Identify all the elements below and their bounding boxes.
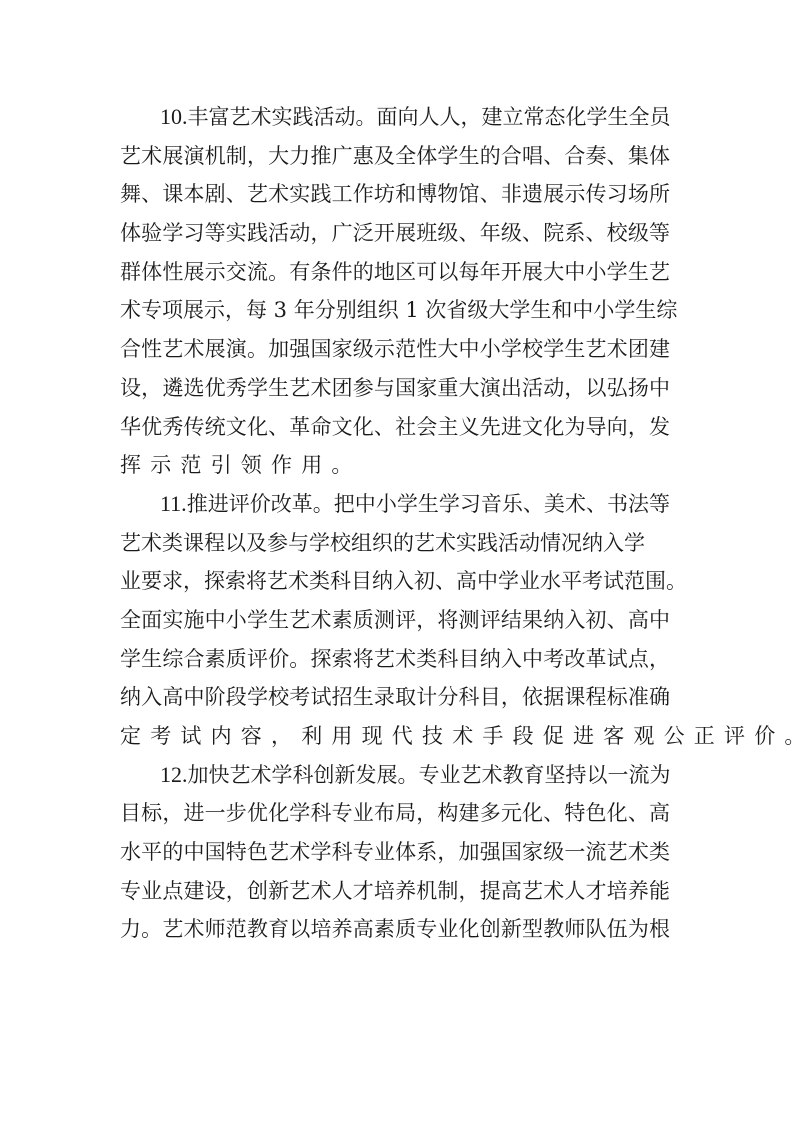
text-line: 专业点建设，创新艺术人才培养机制，提高艺术人才培养能 — [120, 872, 670, 911]
text-line: 设，遴选优秀学生艺术团参与国家重大演出活动，以弘扬中 — [120, 369, 670, 408]
text-line: 业要求，探索将艺术类科目纳入初、高中学业水平考试范围。 — [120, 562, 670, 601]
paragraph-first-line: 11.推进评价改革。把中小学生学习音乐、美术、书法等 — [120, 485, 670, 524]
text-line: 艺术类课程以及参与学校组织的艺术实践活动情况纳入学 — [120, 524, 640, 563]
document-body: 10.丰富艺术实践活动。面向人人，建立常态化学生全员 艺术展演机制，大力推广惠及… — [120, 98, 670, 949]
text-line: 水平的中国特色艺术学科专业体系，加强国家级一流艺术类 — [120, 833, 670, 872]
paragraph-11: 11.推进评价改革。把中小学生学习音乐、美术、书法等 艺术类课程以及参与学校组织… — [120, 485, 670, 756]
text-line: 纳入高中阶段学校考试招生录取计分科目，依据课程标准确 — [120, 678, 670, 717]
item-number: 12. — [160, 762, 188, 787]
text-line: 艺术展演机制，大力推广惠及全体学生的合唱、合奏、集体 — [120, 137, 670, 176]
text-line: 体验学习等实践活动，广泛开展班级、年级、院系、校级等 — [120, 214, 670, 253]
document-page: 10.丰富艺术实践活动。面向人人，建立常态化学生全员 艺术展演机制，大力推广惠及… — [0, 0, 793, 1122]
text-line: 定考试内容，利用现代技术手段促进客观公正评价。 — [120, 717, 670, 756]
item-number: 11. — [160, 491, 187, 516]
text-line: 目标，进一步优化学科专业布局，构建多元化、特色化、高 — [120, 794, 670, 833]
text-line: 华优秀传统文化、革命文化、社会主义先进文化为导向，发 — [120, 408, 670, 447]
text-line: 术专项展示，每 3 年分别组织 1 次省级大学生和中小学生综 — [120, 291, 670, 330]
text-line: 全面实施中小学生艺术素质测评，将测评结果纳入初、高中 — [120, 601, 670, 640]
text-line: 群体性展示交流。有条件的地区可以每年开展大中小学生艺 — [120, 253, 670, 292]
paragraph-first-line: 10.丰富艺术实践活动。面向人人，建立常态化学生全员 — [120, 98, 670, 137]
text-line: 挥示范引领作用。 — [120, 446, 670, 485]
paragraph-10: 10.丰富艺术实践活动。面向人人，建立常态化学生全员 艺术展演机制，大力推广惠及… — [120, 98, 670, 485]
text-line: 学生综合素质评价。探索将艺术类科目纳入中考改革试点， — [120, 640, 670, 679]
paragraph-first-line: 12.加快艺术学科创新发展。专业艺术教育坚持以一流为 — [120, 756, 670, 795]
text-line: 舞、课本剧、艺术实践工作坊和博物馆、非遗展示传习场所 — [120, 175, 670, 214]
text-line: 合性艺术展演。加强国家级示范性大中小学校学生艺术团建 — [120, 330, 670, 369]
item-number: 10. — [160, 104, 188, 129]
paragraph-12: 12.加快艺术学科创新发展。专业艺术教育坚持以一流为 目标，进一步优化学科专业布… — [120, 756, 670, 949]
text-line: 力。艺术师范教育以培养高素质专业化创新型教师队伍为根 — [120, 910, 670, 949]
